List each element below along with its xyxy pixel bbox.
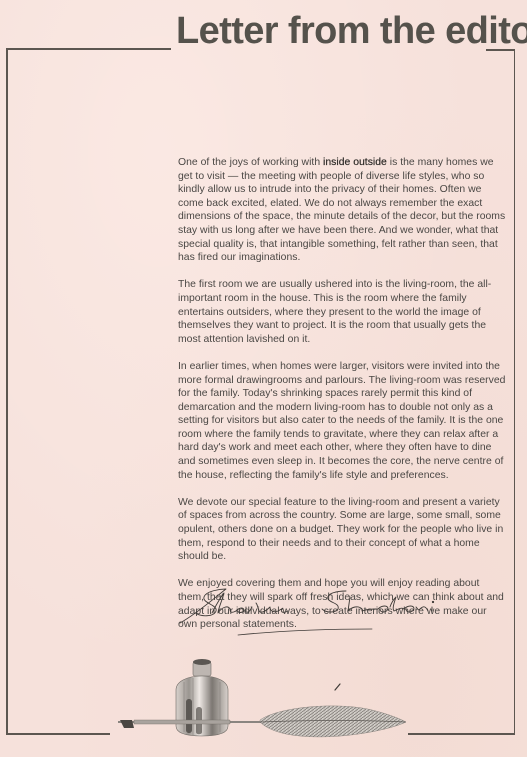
frame-right-rule	[514, 49, 516, 734]
letter-paragraph: The first room we are usually ushered in…	[178, 278, 508, 346]
page-title: Letter from the editor	[176, 8, 527, 54]
letter-paragraph: One of the joys of working with inside o…	[178, 156, 508, 265]
letter-paragraph: In earlier times, when homes were larger…	[178, 360, 508, 482]
quill-icon	[118, 706, 406, 737]
paragraph-1-rest: is the many homes we get to visit — the …	[178, 157, 505, 263]
magazine-name: inside outside	[323, 157, 387, 168]
frame-bottom-left-rule	[6, 733, 110, 735]
frame-top-left-rule	[6, 48, 171, 50]
print-speck	[334, 683, 342, 691]
frame-bottom-right-rule	[408, 733, 515, 735]
letter-body: One of the joys of working with inside o…	[178, 156, 508, 645]
frame-left-rule	[6, 48, 8, 734]
inkpot-icon	[176, 659, 228, 736]
inkpot-and-quill-illustration	[110, 640, 410, 750]
paragraph-1-intro: One of the joys of working with	[178, 157, 323, 168]
editor-signature: Sheila Shahani	[178, 583, 478, 643]
letter-paragraph: We devote our special feature to the liv…	[178, 496, 508, 564]
